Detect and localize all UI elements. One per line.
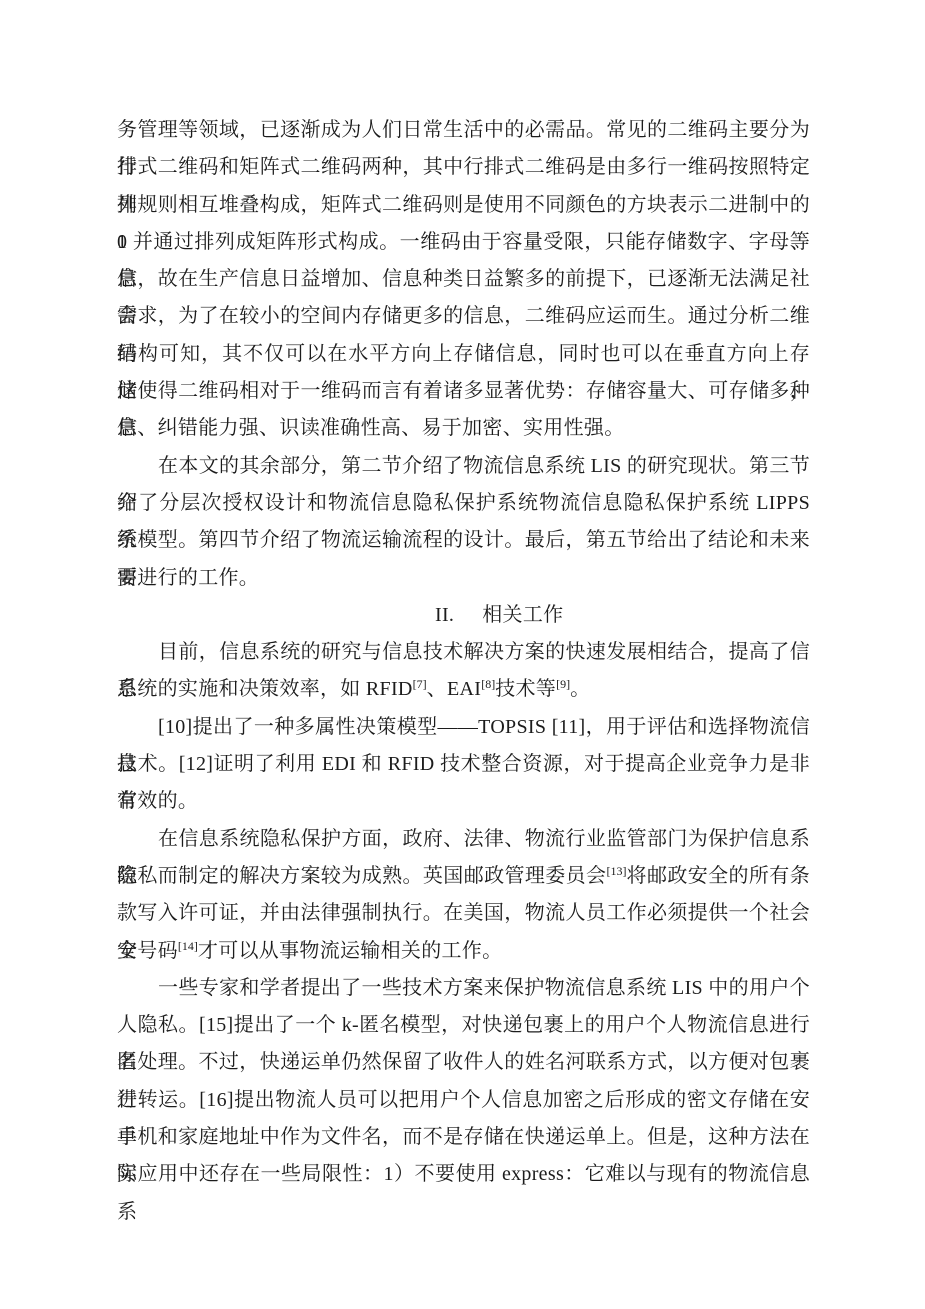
- section-heading-number: II.: [435, 604, 454, 626]
- paragraph-line: 在信息系统隐私保护方面，政府、法律、物流行业监管部门为保护信息系统: [117, 821, 810, 858]
- text-run: 要进行的工作。: [117, 567, 259, 589]
- paragraph-line: 目前，信息系统的研究与信息技术解决方案的快速发展相结合，提高了信息: [117, 634, 810, 671]
- paragraph-line: 款写入许可证，并由法律强制执行。在美国，物流人员工作必须提供一个社会安: [117, 895, 810, 932]
- paragraph-line: 有效的。: [117, 783, 810, 820]
- paragraph-line: 息，故在生产信息日益增加、信息种类日益繁多的前提下，已逐渐无法满足社会: [117, 261, 810, 298]
- text-run: 有效的。: [117, 790, 198, 812]
- paragraph-line: 列规则相互堆叠构成，矩阵式二维码则是使用不同颜色的方块表示二进制中的 0、: [117, 187, 810, 224]
- paragraph-line: 在本文的其余部分，第二节介绍了物流信息系统 LIS 的研究现状。第三节介: [117, 448, 810, 485]
- paragraph-line: 手机和家庭地址中作为文件名，而不是存储在快递运单上。但是，这种方法在实: [117, 1119, 810, 1156]
- page-text-column: 务管理等领域，已逐渐成为人们日常生活中的必需品。常见的二维码主要分为行排式二维码…: [117, 112, 810, 1194]
- text-run: 系统的实施和决策效率，如 RFID: [117, 678, 413, 700]
- citation-superscript: [8]: [481, 677, 495, 691]
- paragraph-line: 要进行的工作。: [117, 560, 810, 597]
- text-run: 才可以从事物流运输相关的工作。: [198, 940, 503, 962]
- paragraph-line: 名处理。不过，快递运单仍然保留了收件人的姓名河联系方式，以方便对包裹进: [117, 1044, 810, 1081]
- paragraph-line: 人隐私。[15]提出了一个 k-匿名模型，对快递包裹上的用户个人物流信息进行匿: [117, 1007, 810, 1044]
- citation-superscript: [7]: [413, 677, 427, 691]
- text-run: 一些专家和学者提出了一些技术方案来保护物流信息系统 LIS 中的用户个: [158, 977, 810, 999]
- paragraph-line: 技术。[12]证明了利用 EDI 和 RFID 技术整合资源，对于提高企业竞争力…: [117, 746, 810, 783]
- text-run: 。: [570, 678, 590, 700]
- paragraph-line: 一些专家和学者提出了一些技术方案来保护物流信息系统 LIS 中的用户个: [117, 970, 810, 1007]
- paragraph-line: 全号码[14]才可以从事物流运输相关的工作。: [117, 933, 810, 970]
- citation-superscript: [14]: [178, 939, 198, 953]
- citation-superscript: [13]: [606, 864, 626, 878]
- paragraph-line: 系统的实施和决策效率，如 RFID[7]、EAI[8]技术等[9]。: [117, 671, 810, 708]
- text-run: 将邮政安全的所有条: [626, 865, 810, 887]
- text-run: 息、纠错能力强、识读准确性高、易于加密、实用性强。: [117, 417, 625, 439]
- paragraph-line: 结构可知，其不仅可以在水平方向上存储信息，同时也可以在垂直方向上存储，: [117, 336, 810, 373]
- paragraph-line: 绍了分层次授权设计和物流信息隐私保护系统物流信息隐私保护系统 LIPPS 系: [117, 485, 810, 522]
- paragraph-line: 隐私而制定的解决方案较为成熟。英国邮政管理委员会[13]将邮政安全的所有条: [117, 858, 810, 895]
- paragraph-line: 需求，为了在较小的空间内存储更多的信息，二维码应运而生。通过分析二维码: [117, 298, 810, 335]
- paragraph-line: 这使得二维码相对于一维码而言有着诸多显著优势：存储容量大、可存储多种信: [117, 373, 810, 410]
- text-run: 、EAI: [427, 678, 482, 700]
- citation-superscript: [9]: [556, 677, 570, 691]
- paragraph-line: 行转运。[16]提出物流人员可以把用户个人信息加密之后形成的密文存储在安卓: [117, 1082, 810, 1119]
- paragraph-line: 际应用中还存在一些局限性：1）不要使用 express：它难以与现有的物流信息系: [117, 1156, 810, 1193]
- document-page: { "page": { "width": 925, "height": 1309…: [0, 0, 925, 1309]
- paragraph-line: 1 并通过排列成矩阵形式构成。一维码由于容量受限，只能存储数字、字母等信: [117, 224, 810, 261]
- text-run: 技术等: [495, 678, 556, 700]
- text-run: 全号码: [117, 940, 178, 962]
- section-heading-title: 相关工作: [482, 604, 563, 626]
- paragraph-line: 统模型。第四节介绍了物流运输流程的设计。最后，第五节给出了结论和未来需: [117, 522, 810, 559]
- paragraph-line: 息、纠错能力强、识读准确性高、易于加密、实用性强。: [117, 410, 810, 447]
- paragraph-line: [10]提出了一种多属性决策模型——TOPSIS [11]，用于评估和选择物流信…: [117, 709, 810, 746]
- section-heading: II.相关工作: [117, 597, 810, 634]
- text-run: 际应用中还存在一些局限性：1）不要使用 express：它难以与现有的物流信息系: [117, 1163, 810, 1222]
- paragraph-line: 排式二维码和矩阵式二维码两种，其中行排式二维码是由多行一维码按照特定排: [117, 149, 810, 186]
- paragraph-line: 务管理等领域，已逐渐成为人们日常生活中的必需品。常见的二维码主要分为行: [117, 112, 810, 149]
- text-run: 隐私而制定的解决方案较为成熟。英国邮政管理委员会: [117, 865, 606, 887]
